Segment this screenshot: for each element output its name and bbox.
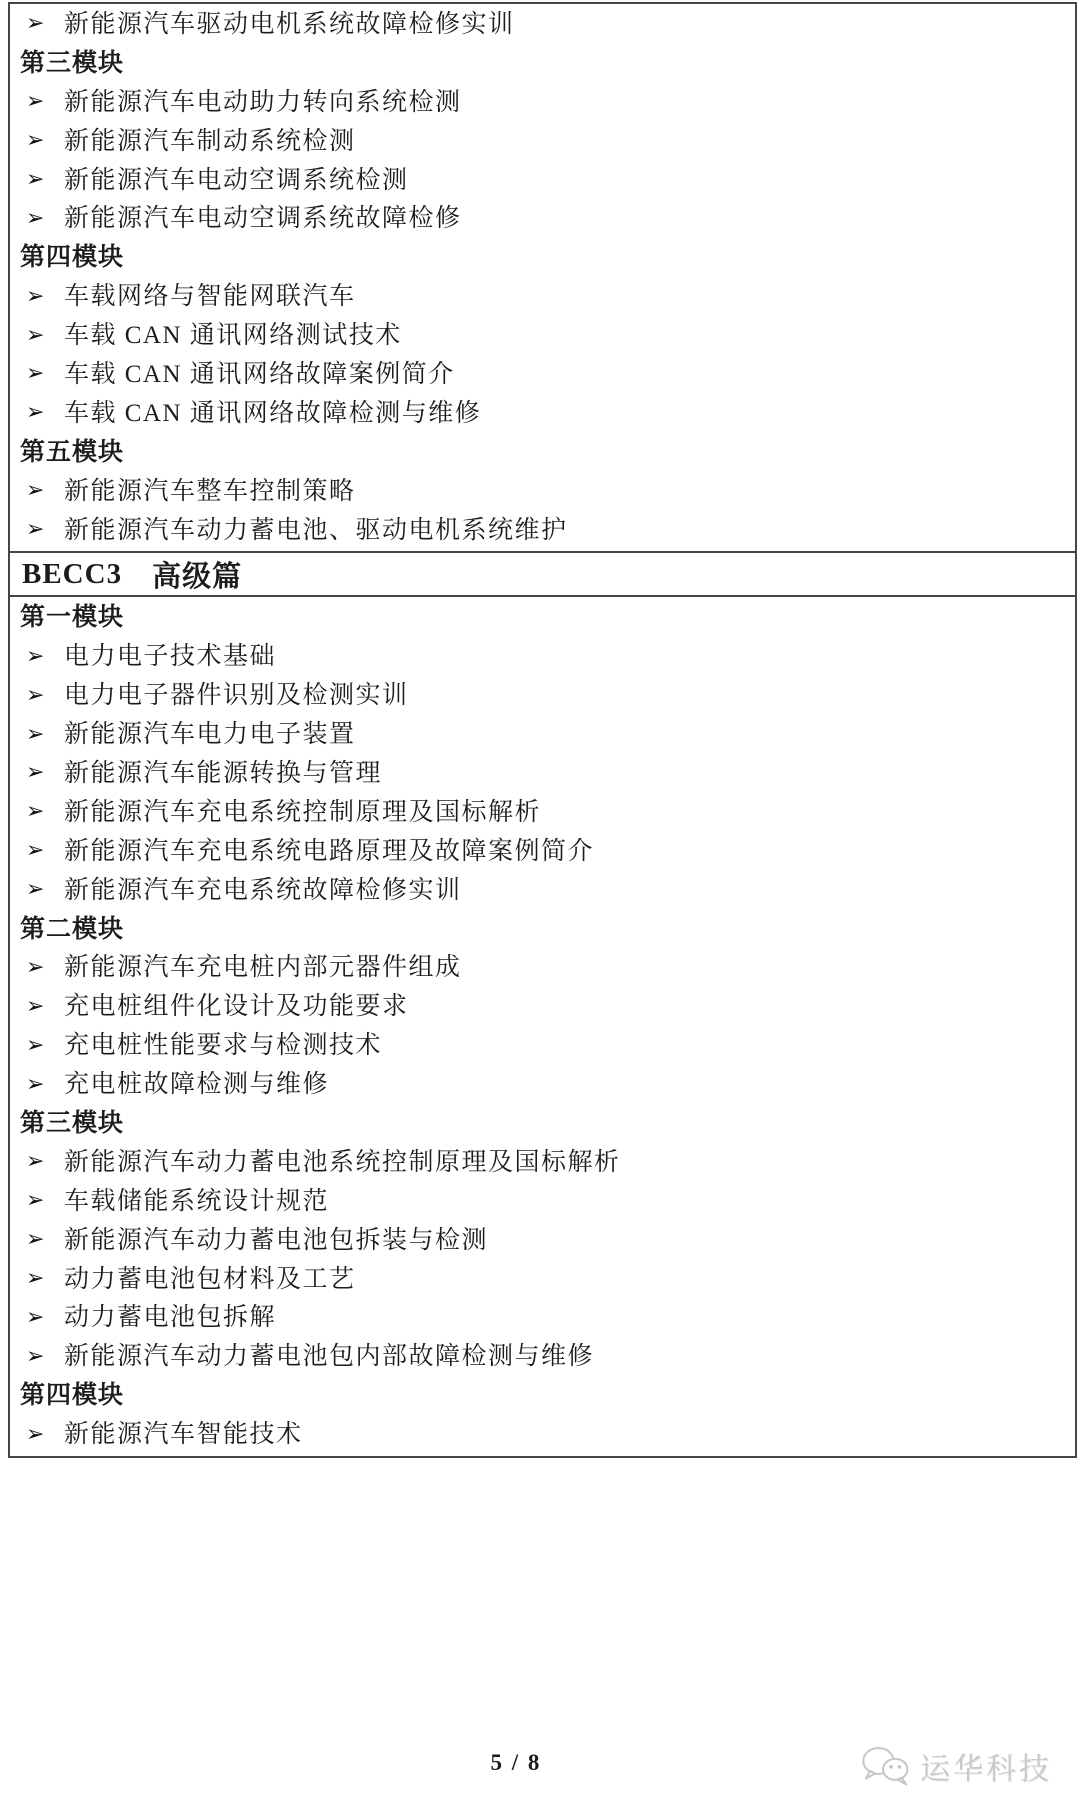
module-header-row: 第三模块: [10, 44, 1075, 83]
arrow-bullet-icon: ➢: [26, 13, 56, 35]
course-item-label: 新能源汽车制动系统检测: [64, 129, 356, 154]
course-item-label: 电力电子器件识别及检测实训: [64, 683, 409, 708]
arrow-bullet-icon: ➢: [26, 1151, 56, 1173]
course-item-label: 新能源汽车电动空调系统检测: [64, 168, 409, 193]
course-item-row: ➢新能源汽车动力蓄电池包内部故障检测与维修: [10, 1337, 1075, 1376]
course-item-label: 电力电子技术基础: [64, 644, 276, 669]
table-cell-top: ➢新能源汽车驱动电机系统故障检修实训第三模块➢新能源汽车电动助力转向系统检测➢新…: [10, 4, 1075, 551]
arrow-bullet-icon: ➢: [26, 286, 56, 308]
course-item-row: ➢新能源汽车电力电子装置: [10, 715, 1075, 754]
module-header-label: 第三模块: [20, 1111, 124, 1136]
table-cell-bottom: 第一模块➢电力电子技术基础➢电力电子器件识别及检测实训➢新能源汽车电力电子装置➢…: [10, 597, 1075, 1456]
brand-name: 运华科技: [920, 1744, 1052, 1788]
course-item-label: 新能源汽车动力蓄电池系统控制原理及国标解析: [64, 1150, 621, 1175]
course-item-label: 车载 CAN 通讯网络故障检测与维修: [64, 401, 481, 426]
arrow-bullet-icon: ➢: [26, 402, 56, 424]
course-item-row: ➢新能源汽车动力蓄电池包拆装与检测: [10, 1221, 1075, 1260]
course-item-label: 车载 CAN 通讯网络测试技术: [64, 323, 402, 348]
arrow-bullet-icon: ➢: [26, 1346, 56, 1368]
course-item-label: 新能源汽车整车控制策略: [64, 479, 356, 504]
module-header-row: 第一模块: [10, 598, 1075, 637]
course-outline-table: ➢新能源汽车驱动电机系统故障检修实训第三模块➢新能源汽车电动助力转向系统检测➢新…: [8, 2, 1077, 1458]
section-title: 高级篇: [152, 554, 242, 595]
course-item-label: 充电桩组件化设计及功能要求: [64, 994, 409, 1019]
arrow-bullet-icon: ➢: [26, 1268, 56, 1290]
module-header-label: 第三模块: [20, 51, 124, 76]
course-item-label: 新能源汽车能源转换与管理: [64, 761, 382, 786]
course-item-row: ➢新能源汽车电动空调系统检测: [10, 161, 1075, 200]
course-item-row: ➢充电桩性能要求与检测技术: [10, 1026, 1075, 1065]
course-item-row: ➢车载储能系统设计规范: [10, 1182, 1075, 1221]
course-item-row: ➢新能源汽车制动系统检测: [10, 122, 1075, 161]
arrow-bullet-icon: ➢: [26, 996, 56, 1018]
module-header-label: 第二模块: [20, 917, 124, 942]
arrow-bullet-icon: ➢: [26, 762, 56, 784]
module-header-row: 第四模块: [10, 1376, 1075, 1415]
course-item-row: ➢新能源汽车动力蓄电池、驱动电机系统维护: [10, 511, 1075, 550]
module-header-label: 第五模块: [20, 440, 124, 465]
course-item-row: ➢新能源汽车能源转换与管理: [10, 754, 1075, 793]
course-item-row: ➢动力蓄电池包材料及工艺: [10, 1260, 1075, 1299]
course-item-row: ➢新能源汽车充电系统电路原理及故障案例简介: [10, 832, 1075, 871]
course-item-row: ➢新能源汽车电动助力转向系统检测: [10, 83, 1075, 122]
arrow-bullet-icon: ➢: [26, 130, 56, 152]
arrow-bullet-icon: ➢: [26, 957, 56, 979]
course-item-row: ➢新能源汽车充电系统故障检修实训: [10, 871, 1075, 910]
module-header-label: 第一模块: [20, 605, 124, 630]
section-header-row: BECC3 高级篇: [10, 551, 1075, 597]
course-item-row: ➢充电桩故障检测与维修: [10, 1065, 1075, 1104]
wechat-icon: [860, 1744, 912, 1788]
course-item-label: 动力蓄电池包拆解: [64, 1305, 276, 1330]
course-item-label: 车载储能系统设计规范: [64, 1189, 329, 1214]
module-header-row: 第三模块: [10, 1104, 1075, 1143]
course-item-label: 新能源汽车充电系统电路原理及故障案例简介: [64, 839, 594, 864]
course-item-label: 新能源汽车充电桩内部元器件组成: [64, 955, 462, 980]
module-header-row: 第五模块: [10, 433, 1075, 472]
arrow-bullet-icon: ➢: [26, 208, 56, 230]
arrow-bullet-icon: ➢: [26, 1074, 56, 1096]
arrow-bullet-icon: ➢: [26, 840, 56, 862]
arrow-bullet-icon: ➢: [26, 519, 56, 541]
course-item-row: ➢新能源汽车动力蓄电池系统控制原理及国标解析: [10, 1143, 1075, 1182]
arrow-bullet-icon: ➢: [26, 480, 56, 502]
course-item-label: 新能源汽车充电系统故障检修实训: [64, 878, 462, 903]
course-item-label: 新能源汽车电动空调系统故障检修: [64, 206, 462, 231]
course-item-row: ➢新能源汽车充电系统控制原理及国标解析: [10, 793, 1075, 832]
arrow-bullet-icon: ➢: [26, 801, 56, 823]
course-item-row: ➢新能源汽车充电桩内部元器件组成: [10, 948, 1075, 987]
course-item-label: 动力蓄电池包材料及工艺: [64, 1267, 356, 1292]
arrow-bullet-icon: ➢: [26, 363, 56, 385]
course-item-label: 新能源汽车充电系统控制原理及国标解析: [64, 800, 541, 825]
arrow-bullet-icon: ➢: [26, 325, 56, 347]
course-item-label: 充电桩性能要求与检测技术: [64, 1033, 382, 1058]
arrow-bullet-icon: ➢: [26, 646, 56, 668]
course-item-row: ➢电力电子器件识别及检测实训: [10, 676, 1075, 715]
module-header-row: 第二模块: [10, 910, 1075, 949]
section-code: BECC3: [22, 558, 122, 591]
course-item-row: ➢新能源汽车电动空调系统故障检修: [10, 199, 1075, 238]
module-header-row: 第四模块: [10, 238, 1075, 277]
course-item-row: ➢车载 CAN 通讯网络故障检测与维修: [10, 394, 1075, 433]
course-item-row: ➢动力蓄电池包拆解: [10, 1299, 1075, 1338]
course-item-label: 新能源汽车电力电子装置: [64, 722, 356, 747]
course-item-row: ➢新能源汽车驱动电机系统故障检修实训: [10, 5, 1075, 44]
arrow-bullet-icon: ➢: [26, 1424, 56, 1446]
course-item-label: 新能源汽车电动助力转向系统检测: [64, 90, 462, 115]
course-item-row: ➢车载 CAN 通讯网络测试技术: [10, 316, 1075, 355]
arrow-bullet-icon: ➢: [26, 169, 56, 191]
arrow-bullet-icon: ➢: [26, 1229, 56, 1251]
course-item-row: ➢新能源汽车智能技术: [10, 1415, 1075, 1454]
course-item-label: 新能源汽车动力蓄电池包拆装与检测: [64, 1228, 488, 1253]
course-item-row: ➢电力电子技术基础: [10, 637, 1075, 676]
course-item-label: 车载 CAN 通讯网络故障案例简介: [64, 362, 455, 387]
course-item-row: ➢车载网络与智能网联汽车: [10, 277, 1075, 316]
arrow-bullet-icon: ➢: [26, 879, 56, 901]
course-item-label: 新能源汽车智能技术: [64, 1422, 303, 1447]
module-header-label: 第四模块: [20, 1383, 124, 1408]
arrow-bullet-icon: ➢: [26, 685, 56, 707]
brand-watermark: 运华科技: [860, 1744, 1052, 1788]
course-item-label: 车载网络与智能网联汽车: [64, 284, 356, 309]
arrow-bullet-icon: ➢: [26, 724, 56, 746]
course-item-row: ➢新能源汽车整车控制策略: [10, 472, 1075, 511]
arrow-bullet-icon: ➢: [26, 91, 56, 113]
module-header-label: 第四模块: [20, 245, 124, 270]
course-item-label: 新能源汽车动力蓄电池、驱动电机系统维护: [64, 518, 568, 543]
arrow-bullet-icon: ➢: [26, 1307, 56, 1329]
course-item-label: 充电桩故障检测与维修: [64, 1072, 329, 1097]
arrow-bullet-icon: ➢: [26, 1190, 56, 1212]
course-item-row: ➢车载 CAN 通讯网络故障案例简介: [10, 355, 1075, 394]
course-item-label: 新能源汽车动力蓄电池包内部故障检测与维修: [64, 1344, 594, 1369]
course-item-label: 新能源汽车驱动电机系统故障检修实训: [64, 12, 515, 37]
arrow-bullet-icon: ➢: [26, 1035, 56, 1057]
course-item-row: ➢充电桩组件化设计及功能要求: [10, 987, 1075, 1026]
